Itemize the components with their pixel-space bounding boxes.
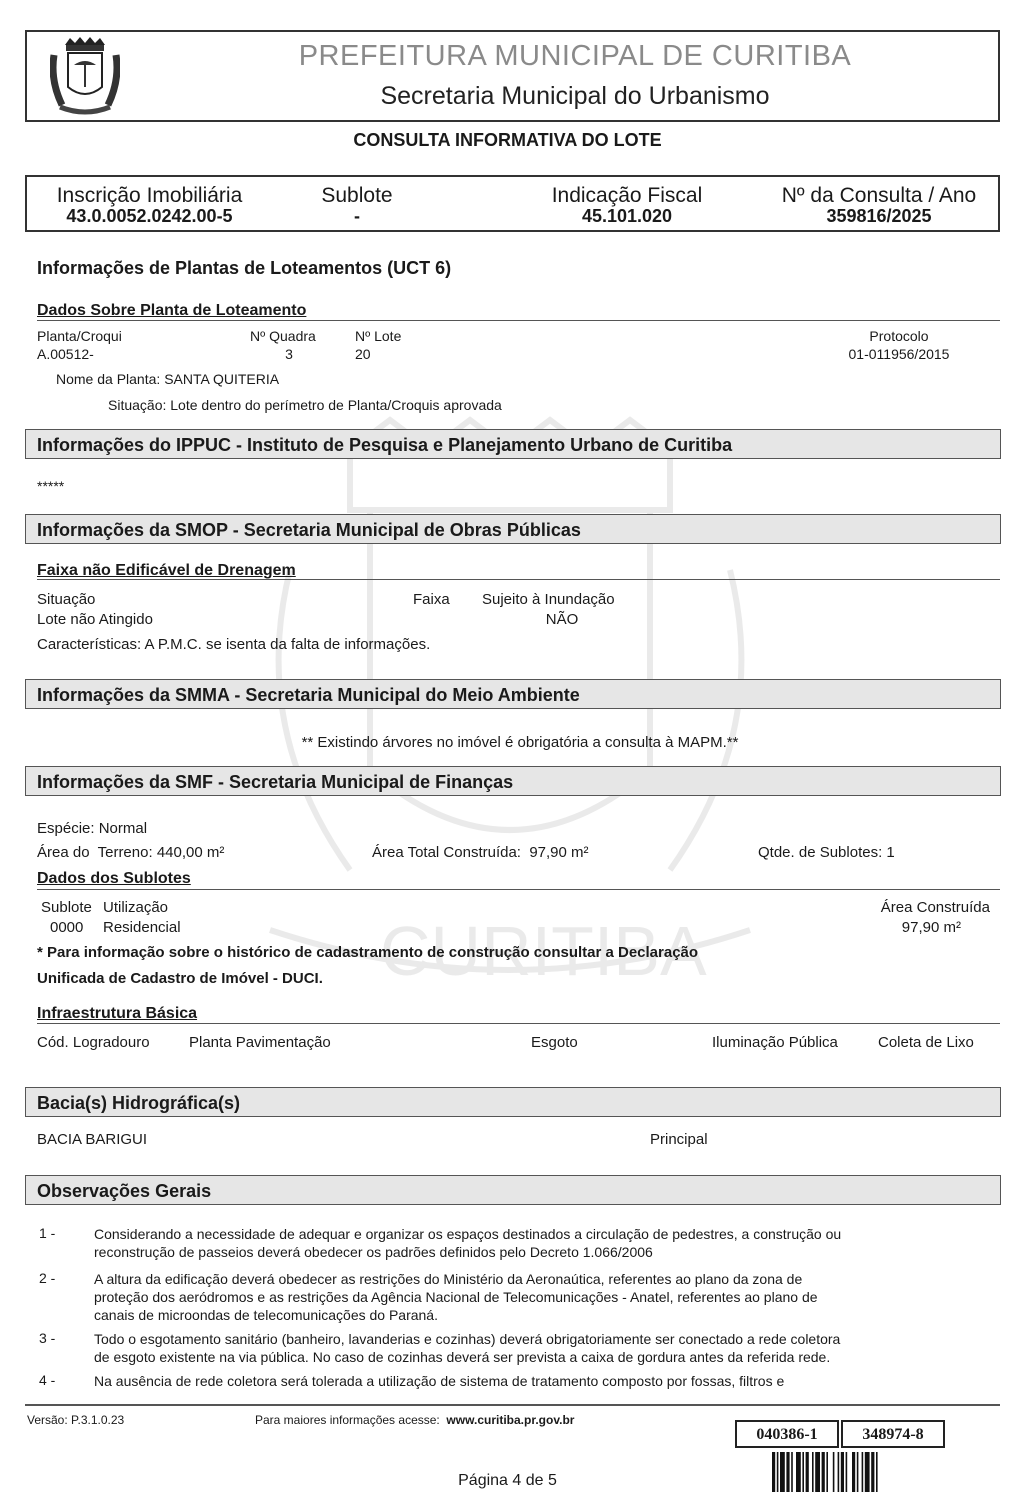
especie-text: Espécie: Normal [37, 820, 147, 837]
qtde-sublotes: Qtde. de Sublotes: 1 [758, 844, 895, 861]
infra-col-esgoto: Esgoto [531, 1034, 578, 1051]
qtde-sublotes-value: 1 [886, 844, 894, 861]
duci-note-line1: * Para informação sobre o histórico de c… [37, 944, 698, 961]
consulta-value: 359816/2025 [769, 207, 989, 225]
area-construida-label: Área Total Construída: [372, 844, 521, 861]
ippuc-content: ***** [37, 478, 64, 494]
indicacao-fiscal-value: 45.101.020 [532, 207, 722, 225]
sublote-label: Sublote [307, 185, 407, 207]
area-terreno: Área do Terreno: 440,00 m² [37, 844, 224, 861]
divider [37, 579, 1000, 580]
inscricao-value: 43.0.0052.0242.00-5 [47, 207, 252, 225]
smop-situacao-value: Lote não Atingido [37, 611, 153, 628]
area-col-header: Área Construída [850, 899, 990, 916]
divider [37, 889, 1000, 890]
area-terreno-label: Área do Terreno: [37, 844, 153, 861]
document-title: CONSULTA INFORMATIVA DO LOTE [0, 130, 1015, 151]
nome-planta-label: Nome da Planta: [56, 371, 160, 387]
bacia-name: BACIA BARIGUI [37, 1131, 147, 1148]
page-number: Página 4 de 5 [0, 1472, 1015, 1490]
version-text: Versão: P.3.1.0.23 [27, 1413, 124, 1427]
area-terreno-value: 440,00 m² [157, 844, 225, 861]
situacao-planta: Situação: Lote dentro do perímetro de Pl… [108, 397, 502, 413]
smop-situacao-label: Situação [37, 591, 95, 608]
caracteristicas-text: Características: A P.M.C. se isenta da f… [37, 636, 430, 653]
situacao-planta-value: Lote dentro do perímetro de Planta/Croqu… [170, 397, 502, 413]
situacao-planta-label: Situação: [108, 397, 166, 413]
plantas-heading: Informações de Plantas de Loteamentos (U… [37, 258, 451, 279]
inscricao-field: Inscrição Imobiliária 43.0.0052.0242.00-… [47, 185, 252, 225]
faixa-label: Faixa [413, 591, 450, 608]
observacao-item: Todo o esgotamento sanitário (banheiro, … [94, 1330, 964, 1366]
observacoes-section-header: Observações Gerais [25, 1175, 1001, 1205]
table-row-area: 97,90 m² [850, 919, 961, 936]
infra-col-pavimentacao: Planta Pavimentação [189, 1034, 331, 1051]
sublote-field: Sublote - [307, 185, 407, 225]
header-subtitle: Secretaria Municipal do Urbanismo [130, 82, 1015, 111]
observacao-item: A altura da edificação deverá obedecer a… [94, 1270, 964, 1324]
nome-planta: Nome da Planta: SANTA QUITERIA [56, 371, 279, 387]
sublotes-subheading: Dados dos Sublotes [37, 870, 191, 888]
inscricao-label: Inscrição Imobiliária [47, 185, 252, 207]
coat-of-arms-icon [50, 35, 120, 117]
planta-label: Planta/Croqui [37, 328, 122, 344]
quadra-label: Nº Quadra [250, 328, 316, 344]
plantas-subheading: Dados Sobre Planta de Loteamento [37, 302, 306, 320]
smop-section-header: Informações da SMOP - Secretaria Municip… [25, 514, 1001, 544]
observacao-item: Considerando a necessidade de adequar e … [94, 1225, 964, 1261]
sublote-value: - [307, 207, 407, 225]
watermark-coat-of-arms-icon: CURITIBA [230, 410, 790, 1030]
protocolo-value: 01-011956/2015 [820, 346, 978, 362]
qtde-sublotes-label: Qtde. de Sublotes: [758, 844, 882, 861]
utilizacao-col-header: Utilização [103, 899, 168, 916]
area-construida: Área Total Construída: 97,90 m² [372, 844, 589, 861]
inundacao-value: NÃO [482, 611, 642, 628]
table-row-sublote: 0000 [50, 919, 83, 936]
divider [37, 320, 1000, 321]
smma-section-header: Informações da SMMA - Secretaria Municip… [25, 679, 1001, 709]
header-title: PREFEITURA MUNICIPAL DE CURITIBA [130, 40, 1015, 73]
footer-info-prefix: Para maiores informações acesse: [255, 1413, 440, 1427]
duci-note-line2: Unificada de Cadastro de Imóvel - DUCI. [37, 970, 323, 987]
infra-subheading: Infraestrutura Básica [37, 1005, 197, 1023]
bacia-type: Principal [650, 1131, 708, 1148]
observacao-number: 4 - [39, 1372, 55, 1388]
indicacao-fiscal-field: Indicação Fiscal 45.101.020 [532, 185, 722, 225]
smf-section-header: Informações da SMF - Secretaria Municipa… [25, 766, 1001, 796]
footer-url-link[interactable]: www.curitiba.pr.gov.br [446, 1413, 574, 1427]
infra-col-coleta: Coleta de Lixo [878, 1034, 974, 1051]
bacia-section-header: Bacia(s) Hidrográfica(s) [25, 1087, 1001, 1117]
sublote-col-header: Sublote [41, 899, 92, 916]
property-info-box: Inscrição Imobiliária 43.0.0052.0242.00-… [25, 175, 1000, 232]
inundacao-label: Sujeito à Inundação [482, 591, 615, 608]
consulta-label: Nº da Consulta / Ano [769, 185, 989, 207]
infra-col-logradouro: Cód. Logradouro [37, 1034, 150, 1051]
divider [37, 1023, 1000, 1024]
protocolo-label: Protocolo [820, 328, 978, 344]
code-box-1: 040386-1 [735, 1420, 839, 1448]
observacao-number: 3 - [39, 1330, 55, 1346]
lote-value: 20 [355, 346, 371, 362]
lote-label: Nº Lote [355, 328, 401, 344]
area-construida-value: 97,90 m² [529, 844, 588, 861]
consulta-field: Nº da Consulta / Ano 359816/2025 [769, 185, 989, 225]
observacao-number: 1 - [39, 1225, 55, 1241]
table-row-utilizacao: Residencial [103, 919, 181, 936]
nome-planta-value: SANTA QUITERIA [164, 371, 279, 387]
quadra-value: 3 [250, 346, 328, 362]
drenagem-subheading: Faixa não Edificável de Drenagem [37, 562, 296, 580]
ippuc-section-header: Informações do IPPUC - Instituto de Pesq… [25, 429, 1001, 459]
observacao-item: Na ausência de rede coletora será tolera… [94, 1372, 964, 1390]
infra-col-iluminacao: Iluminação Pública [712, 1034, 838, 1051]
footer-info: Para maiores informações acesse: www.cur… [255, 1413, 574, 1427]
code-box-2: 348974-8 [841, 1420, 945, 1448]
planta-value: A.00512- [37, 346, 94, 362]
observacao-number: 2 - [39, 1270, 55, 1286]
indicacao-fiscal-label: Indicação Fiscal [532, 185, 722, 207]
footer-divider [25, 1404, 1000, 1406]
smma-note: ** Existindo árvores no imóvel é obrigat… [0, 734, 1015, 751]
